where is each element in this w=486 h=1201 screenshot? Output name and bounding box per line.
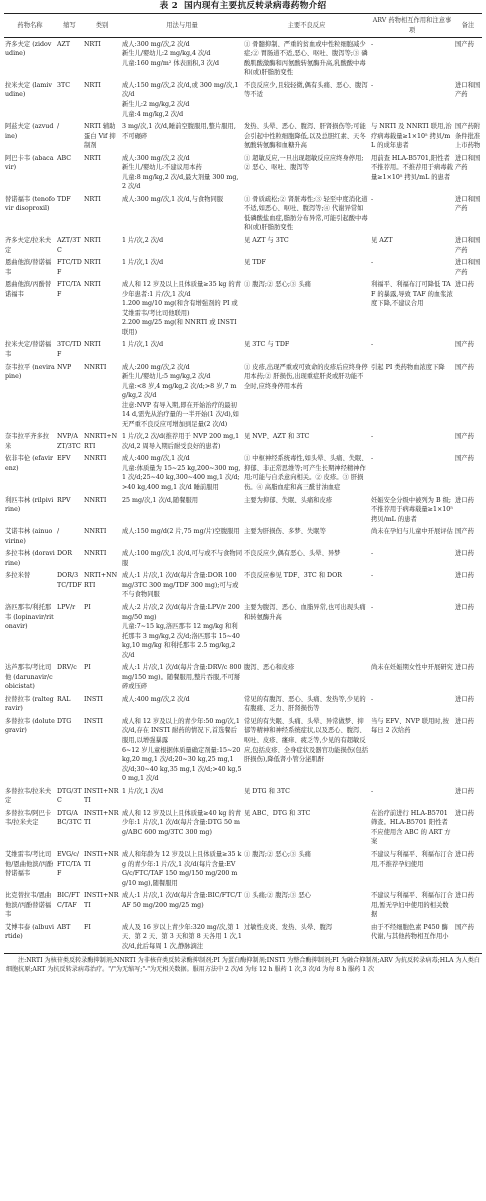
drug-name-cell: 齐多夫定 (zidovudine) xyxy=(4,38,56,80)
abbr-cell: DTG/ABC/3TC xyxy=(56,807,83,848)
table-page: 表 2国内现有主要抗反转录病毒药物介绍 药物名称 缩写 类别 用法与用量 主要不… xyxy=(0,0,486,975)
arv-interaction-cell: 利福平、利福布汀可降低 TAF 的暴露,导致 TAF 的血浆浓度下降,不建议合用 xyxy=(370,279,454,339)
abbr-cell: EVG/c/FTC/TAF xyxy=(56,848,83,889)
usage-line: 新生儿:2 mg/kg,2 次/d xyxy=(122,100,242,110)
drug-name-cell: 拉米夫定/替诺福韦 xyxy=(4,339,56,361)
note-cell: 国产药 xyxy=(454,361,482,431)
arv-interaction-cell: - xyxy=(370,193,454,234)
usage-line: 2.200 mg/25 mg(和 NNRTI 或 INSTI 联用) xyxy=(122,318,242,337)
usage-cell: 成人:2 片/次,2 次/d(每片含量:LPV/r 200 mg/50 mg)儿… xyxy=(121,601,243,661)
adverse-effects-cell: 常见的有腹泻、恶心、头痛、发热等,少见的有腹痛、乏力、肝肾损伤等 xyxy=(243,693,370,715)
arv-interaction-cell: 由于不经细胞色素 P450 酶代谢,与其他药物相互作用小 xyxy=(370,921,454,953)
table-row: 替诺福韦 (tenofovir disoproxil)TDFNRTI成人:300… xyxy=(4,193,482,234)
table-footnote: 注:NRTI 为核苷类反转录酶抑制剂;NNRTI 为非核苷类反转录酶抑制剂;PI… xyxy=(4,954,482,975)
adverse-effects-cell: 不良反应参见 TDF、3TC 和 DOR xyxy=(243,570,370,602)
drug-name-cell: 拉米夫定 (lamivudine) xyxy=(4,79,56,120)
usage-line: 儿童:<8 岁,4 mg/kg,2 次/d;>8 岁,7 mg/kg,2 次/d xyxy=(122,382,242,401)
abbr-cell: AZT/3TC xyxy=(56,234,83,256)
usage-line: 新生儿/婴幼儿:2 mg/kg,4 次/d xyxy=(122,49,242,59)
drug-name-cell: 依非韦伦 (efavirenz) xyxy=(4,453,56,494)
arv-interaction-cell: - xyxy=(370,453,454,494)
table-row: 恩曲他滨/丙酚替诺福韦FTC/TAFNRTI成人和 12 岁及以上且体质量≥35… xyxy=(4,279,482,339)
arv-interaction-cell: - xyxy=(370,431,454,453)
drug-name-cell: 洛匹那韦/利托那韦 (lopinavir/ritonavir) xyxy=(4,601,56,661)
usage-cell: 成人:1 片/次,1 次/d(每片含量:DRV/c 800 mg/150 mg)… xyxy=(121,662,243,694)
table-row: 多拉韦林 (doravirine)DORNNRTI成人:100 mg/次,1 次… xyxy=(4,548,482,570)
note-cell: 进口和国产药 xyxy=(454,79,482,120)
usage-line: 1.200 mg/10 mg(和含有增强剂的 PI 或艾维雷韦/考比司他联用) xyxy=(122,299,242,318)
usage-line: 新生儿/婴幼儿:5 mg/kg,2 次/d xyxy=(122,372,242,382)
arv-interaction-cell: 见 AZT xyxy=(370,234,454,256)
arv-interaction-cell: - xyxy=(370,339,454,361)
table-body: 齐多夫定 (zidovudine)AZTNRTI成人:300 mg/次,2 次/… xyxy=(4,38,482,954)
table-row: 多替拉韦/阿巴卡韦/拉米夫定DTG/ABC/3TCINSTI+NRTI成人和 1… xyxy=(4,807,482,848)
usage-cell: 成人和 12 岁及以上且体质量≥40 kg 的青少年:1 片/次,1 次/d(每… xyxy=(121,807,243,848)
note-cell: 进口药 xyxy=(454,848,482,889)
usage-line: 成人:300 mg/次,2 次/d xyxy=(122,154,242,164)
note-cell: 进口和国产药 xyxy=(454,234,482,256)
table-row: 奈韦拉平 (nevirapine)NVPNNRTI成人:200 mg/次,2 次… xyxy=(4,361,482,431)
adverse-effects-cell: 不良反应少,且较轻微,偶有头痛、恶心、腹泻等不适 xyxy=(243,79,370,120)
class-cell: NRTI xyxy=(83,193,121,234)
adverse-effects-cell: ① 腹泻;② 恶心;③ 头痛 xyxy=(243,279,370,339)
adverse-effects-cell: 腹泻、恶心和皮疹 xyxy=(243,662,370,694)
arv-interaction-cell: 不建议与利福平、利福布汀合用,不推荐孕妇使用 xyxy=(370,848,454,889)
table-row: 阿巴卡韦 (abacavir)ABCNRTI成人:300 mg/次,2 次/d新… xyxy=(4,152,482,193)
class-cell: INSTI+NRTI xyxy=(83,807,121,848)
arv-interaction-cell: 妊娠安全分级中被列为 B 级;不推荐用于病毒载量≥1×10⁵ 拷贝/mL 的患者 xyxy=(370,494,454,526)
col-header-name: 药物名称 xyxy=(4,14,56,38)
usage-line: 成人:300 mg/次,2 次/d xyxy=(122,40,242,50)
usage-cell: 成人和年龄为 12 岁及以上且体质量≥35 kg 的青少年:1 片/次,1 次/… xyxy=(121,848,243,889)
note-cell: 国产药 xyxy=(454,339,482,361)
usage-line: 成人和年龄为 12 岁及以上且体质量≥35 kg 的青少年:1 片/次,1 次/… xyxy=(122,850,242,888)
arv-interaction-cell: 尚未在妊娠期女性中开展研究 xyxy=(370,662,454,694)
usage-line: 1 片/次,1 次/d xyxy=(122,258,242,268)
class-cell: NRTI xyxy=(83,279,121,339)
abbr-cell: / xyxy=(56,120,83,152)
class-cell: NNRTI xyxy=(83,526,121,548)
adverse-effects-cell: 发热、头晕、恶心、腹泻、肝肾损伤等;可能会引起中性粒细胞降低,以及总胆红素、天冬… xyxy=(243,120,370,152)
adverse-effects-cell: ① 中枢神经系统毒性,如头晕、头痛、失眠、抑郁、非正常思维等;可产生长期神经精神… xyxy=(243,453,370,494)
adverse-effects-cell: 见 TDF xyxy=(243,256,370,278)
drug-name-cell: 拉替拉韦 (raltegravir) xyxy=(4,693,56,715)
drug-name-cell: 替诺福韦 (tenofovir disoproxil) xyxy=(4,193,56,234)
note-cell: 国产药 xyxy=(454,526,482,548)
usage-line: 1 片/次,1 次/d xyxy=(122,340,242,350)
usage-line: 儿童:体质量为 15~25 kg,200~300 mg,1 次/d;25~40 … xyxy=(122,464,242,493)
usage-cell: 成人:1 片/次,1 次/d(每片含量:BIC/FTC/TAF 50 mg/20… xyxy=(121,890,243,922)
note-cell: 国产药附条件批准上市药物 xyxy=(454,120,482,152)
table-row: 比克替拉韦/恩曲他滨/丙酚替诺福韦BIC/FTC/TAFINSTI+NRTI成人… xyxy=(4,890,482,922)
arv-interaction-cell: - xyxy=(370,785,454,807)
note-cell: 进口和国产药 xyxy=(454,193,482,234)
adverse-effects-cell: 见 3TC 与 TDF xyxy=(243,339,370,361)
arv-interaction-cell: - xyxy=(370,570,454,602)
usage-cell: 成人:400 mg/次,2 次/d xyxy=(121,693,243,715)
usage-line: 25 mg/次,1 次/d,随餐服用 xyxy=(122,496,242,506)
abbr-cell: RPV xyxy=(56,494,83,526)
abbr-cell: DOR xyxy=(56,548,83,570)
note-cell: 进口药 xyxy=(454,279,482,339)
abbr-cell: 3TC xyxy=(56,79,83,120)
usage-cell: 成人:400 mg/次,1 次/d儿童:体质量为 15~25 kg,200~30… xyxy=(121,453,243,494)
class-cell: NRTI xyxy=(83,38,121,80)
usage-line: 儿童:7~15 kg,洛匹那韦 12 mg/kg 和利托那韦 3 mg/kg,2… xyxy=(122,622,242,660)
drug-name-cell: 多替拉韦/阿巴卡韦/拉米夫定 xyxy=(4,807,56,848)
drug-name-cell: 多替拉韦/拉米夫定 xyxy=(4,785,56,807)
drug-name-cell: 艾诺韦林 (ainuovirine) xyxy=(4,526,56,548)
usage-cell: 成人:200 mg/次,2 次/d新生儿/婴幼儿:5 mg/kg,2 次/d儿童… xyxy=(121,361,243,431)
class-cell: NRTI xyxy=(83,234,121,256)
col-header-abbr: 缩写 xyxy=(56,14,83,38)
adverse-effects-cell: ① 头痛;② 腹泻;③ 恶心 xyxy=(243,890,370,922)
adverse-effects-cell: 常见的有失眠、头痛、头晕、异常做梦、抑郁等精神和神经系统症状,以及恶心、腹泻、呕… xyxy=(243,715,370,785)
abbr-cell: / xyxy=(56,526,83,548)
class-cell: INSTI+NRTI xyxy=(83,848,121,889)
adverse-effects-cell: 主要为腹泻、恶心、血脂异常,也可出现头痛和转氨酶升高 xyxy=(243,601,370,661)
arv-interaction-cell: - xyxy=(370,256,454,278)
arv-interaction-cell: - xyxy=(370,601,454,661)
usage-cell: 成人:150 mg/d(2 片,75 mg/片)空腹服用 xyxy=(121,526,243,548)
table-header-row: 药物名称 缩写 类别 用法与用量 主要不良反应 ARV 药物相互作用和注意事项 … xyxy=(4,14,482,38)
col-header-adverse: 主要不良反应 xyxy=(243,14,370,38)
class-cell: NRTI xyxy=(83,79,121,120)
class-cell: NNRTI xyxy=(83,453,121,494)
usage-line: 成人及 16 岁以上青少年:320 mg/次,第 1 天、第 2 天、第 3 天… xyxy=(122,923,242,952)
arv-interaction-cell: - xyxy=(370,548,454,570)
usage-line: 成人和 12 岁及以上且体质量≥40 kg 的青少年:1 片/次,1 次/d(每… xyxy=(122,809,242,838)
adverse-effects-cell: 主要为抑郁、失眠、头痛和皮疹 xyxy=(243,494,370,526)
drug-name-cell: 齐多夫定/拉米夫定 xyxy=(4,234,56,256)
usage-line: 成人:100 mg/次,1 次/d,可与或不与食物同服 xyxy=(122,549,242,568)
table-row: 艾博韦泰 (albuvirtide)ABTFI成人及 16 岁以上青少年:320… xyxy=(4,921,482,953)
adverse-effects-cell: ① 骨质疏松;② 肾脏毒性;③ 轻至中度消化道不适,如恶心、呕吐、腹泻等;④ 代… xyxy=(243,193,370,234)
arv-interaction-cell: 引起 PI 类药物血浓度下降 xyxy=(370,361,454,431)
drug-table: 药物名称 缩写 类别 用法与用量 主要不良反应 ARV 药物相互作用和注意事项 … xyxy=(4,13,482,954)
drug-name-cell: 艾维雷韦/考比司他/恩曲他滨/丙酚替诺福韦 xyxy=(4,848,56,889)
drug-name-cell: 多拉米替 xyxy=(4,570,56,602)
table-row: 艾维雷韦/考比司他/恩曲他滨/丙酚替诺福韦EVG/c/FTC/TAFINSTI+… xyxy=(4,848,482,889)
usage-line: 成人:200 mg/次,2 次/d xyxy=(122,363,242,373)
usage-line: 成人:150 mg/次,2 次/d,或 300 mg/次,1 次/d xyxy=(122,81,242,100)
usage-line: 儿童:8 mg/kg,2 次/d,最大剂量 300 mg,2 次/d xyxy=(122,173,242,192)
adverse-effects-cell: 不良反应少,偶有恶心、头晕、异梦 xyxy=(243,548,370,570)
table-row: 拉替拉韦 (raltegravir)RALINSTI成人:400 mg/次,2 … xyxy=(4,693,482,715)
abbr-cell: AZT xyxy=(56,38,83,80)
drug-name-cell: 达芦那韦/考比司他 (darunavir/cobicistat) xyxy=(4,662,56,694)
adverse-effects-cell: 见 ABC、DTG 和 3TC xyxy=(243,807,370,848)
class-cell: INSTI xyxy=(83,693,121,715)
arv-interaction-cell: - xyxy=(370,693,454,715)
usage-cell: 1 片/次,1 次/d xyxy=(121,256,243,278)
usage-line: 注意:NVP 有导入期,即在开始治疗的最初 14 d,需先从治疗量的一半开始(1… xyxy=(122,401,242,430)
table-row: 多拉米替DOR/3TC/TDFNRTI+NNRTI成人:1 片/次,1 次/d(… xyxy=(4,570,482,602)
usage-line: 1 片/次,2 次/d(推荐用于 NVP 200 mg,1 次/d,2 周导入期… xyxy=(122,432,242,451)
arv-interaction-cell: 不建议与利福平、利福布汀合用,暂无孕妇中使用的相关数据 xyxy=(370,890,454,922)
note-cell: 进口药 xyxy=(454,890,482,922)
usage-line: 成人:300 mg/次,1 次/d,与食物同服 xyxy=(122,195,242,205)
class-cell: INSTI+NRTI xyxy=(83,890,121,922)
drug-name-cell: 利匹韦林 (rilpivirine) xyxy=(4,494,56,526)
drug-name-cell: 比克替拉韦/恩曲他滨/丙酚替诺福韦 xyxy=(4,890,56,922)
table-row: 艾诺韦林 (ainuovirine)/NNRTI成人:150 mg/d(2 片,… xyxy=(4,526,482,548)
abbr-cell: DTG/3TC xyxy=(56,785,83,807)
table-row: 拉米夫定/替诺福韦3TC/TDFNRTI1 片/次,1 次/d见 3TC 与 T… xyxy=(4,339,482,361)
usage-cell: 成人:300 mg/次,2 次/d新生儿/婴幼儿:2 mg/kg,4 次/d儿童… xyxy=(121,38,243,80)
class-cell: NRTI xyxy=(83,152,121,193)
usage-line: 新生儿/婴幼儿:不建议用本药 xyxy=(122,163,242,173)
adverse-effects-cell: 见 NVP、AZT 和 3TC xyxy=(243,431,370,453)
table-caption: 表 2国内现有主要抗反转录病毒药物介绍 xyxy=(4,0,482,13)
usage-line: 1 片/次,1 次/d xyxy=(122,787,242,797)
usage-line: 成人:1 片/次,1 次/d(每片含量:DRV/c 800 mg/150 mg)… xyxy=(122,663,242,692)
usage-cell: 1 片/次,1 次/d xyxy=(121,785,243,807)
abbr-cell: LPV/r xyxy=(56,601,83,661)
table-number: 表 2 xyxy=(160,1,178,11)
adverse-effects-cell: 见 DTG 和 3TC xyxy=(243,785,370,807)
abbr-cell: NVP/AZT/3TC xyxy=(56,431,83,453)
drug-name-cell: 阿兹夫定 (azvudine) xyxy=(4,120,56,152)
usage-line: 成人:150 mg/d(2 片,75 mg/片)空腹服用 xyxy=(122,527,242,537)
adverse-effects-cell: ① 骨髓抑制、严重的贫血或中性粒细胞减少症;② 胃肠道不适,恶心、呕吐、腹泻等;… xyxy=(243,38,370,80)
usage-cell: 1 片/次,1 次/d xyxy=(121,339,243,361)
arv-interaction-cell: 用前查 HLA-B5701,阳性者不推荐用。不推荐用于病毒载量≥1×10⁵ 拷贝… xyxy=(370,152,454,193)
col-header-arv: ARV 药物相互作用和注意事项 xyxy=(370,14,454,38)
drug-name-cell: 奈韦拉平 (nevirapine) xyxy=(4,361,56,431)
usage-line: 6~12 岁儿童根据体质量确定剂量:15~20 kg,20 mg,1 次/d;2… xyxy=(122,746,242,784)
table-row: 奈韦拉平齐多拉米NVP/AZT/3TCNNRTI+NRTI1 片/次,2 次/d… xyxy=(4,431,482,453)
drug-name-cell: 恩曲他滨/丙酚替诺福韦 xyxy=(4,279,56,339)
col-header-note: 备注 xyxy=(454,14,482,38)
usage-line: 成人:400 mg/次,1 次/d xyxy=(122,454,242,464)
table-title: 国内现有主要抗反转录病毒药物介绍 xyxy=(184,1,326,11)
class-cell: NRTI+NNRTI xyxy=(83,570,121,602)
note-cell: 进口药 xyxy=(454,570,482,602)
usage-line: 3 mg/次,1 次/d,睡前空腹服用,整片服用,不可碾碎 xyxy=(122,122,242,141)
arv-interaction-cell: - xyxy=(370,79,454,120)
abbr-cell: ABC xyxy=(56,152,83,193)
note-cell: 进口和国产药 xyxy=(454,256,482,278)
class-cell: NNRTI xyxy=(83,548,121,570)
arv-interaction-cell: 与 NRTI 及 NNRTI 联用,治疗病毒载量≥1×10⁵ 拷贝/mL 的成年… xyxy=(370,120,454,152)
abbr-cell: DTG xyxy=(56,715,83,785)
drug-name-cell: 艾博韦泰 (albuvirtide) xyxy=(4,921,56,953)
adverse-effects-cell: ① 超敏反应,一旦出现超敏反应应终身停用;② 恶心、呕吐、腹泻等 xyxy=(243,152,370,193)
class-cell: NRTI xyxy=(83,339,121,361)
usage-line: 儿童:160 mg/m² 体表面积,3 次/d xyxy=(122,59,242,69)
class-cell: NRTI xyxy=(83,256,121,278)
table-row: 齐多夫定 (zidovudine)AZTNRTI成人:300 mg/次,2 次/… xyxy=(4,38,482,80)
note-cell: 进口药 xyxy=(454,693,482,715)
note-cell: 国产药 xyxy=(454,431,482,453)
note-cell: 进口药 xyxy=(454,601,482,661)
drug-name-cell: 多拉韦林 (doravirine) xyxy=(4,548,56,570)
usage-line: 成人:1 片/次,1 次/d(每片含量:DOR 100 mg/3TC 300 m… xyxy=(122,571,242,600)
note-cell: 进口药 xyxy=(454,807,482,848)
class-cell: INSTI xyxy=(83,715,121,785)
arv-interaction-cell: 当与 EFV、NVP 联用时,按每日 2 次给药 xyxy=(370,715,454,785)
class-cell: FI xyxy=(83,921,121,953)
note-cell: 进口和国产药 xyxy=(454,152,482,193)
class-cell: NRTI 辅助蛋白 Vif 抑制剂 xyxy=(83,120,121,152)
abbr-cell: EFV xyxy=(56,453,83,494)
adverse-effects-cell: ① 皮疹,出现严重或可致命的皮疹后应终身停用本药;② 肝损伤,出现重症肝炎或肝功… xyxy=(243,361,370,431)
drug-name-cell: 多替拉韦 (dolutegravir) xyxy=(4,715,56,785)
arv-interaction-cell: 尚未在孕妇与儿童中开展评估 xyxy=(370,526,454,548)
arv-interaction-cell: - xyxy=(370,38,454,80)
abbr-cell: FTC/TAF xyxy=(56,279,83,339)
note-cell: 国产药 xyxy=(454,38,482,80)
table-row: 达芦那韦/考比司他 (darunavir/cobicistat)DRV/cPI成… xyxy=(4,662,482,694)
note-cell: 国产药 xyxy=(454,453,482,494)
usage-cell: 成人:100 mg/次,1 次/d,可与或不与食物同服 xyxy=(121,548,243,570)
class-cell: NNRTI xyxy=(83,494,121,526)
usage-line: 成人:400 mg/次,2 次/d xyxy=(122,695,242,705)
class-cell: PI xyxy=(83,662,121,694)
usage-line: 成人和 12 岁及以上的青少年:50 mg/次,1 次/d,存在 INSTI 耐… xyxy=(122,717,242,746)
usage-cell: 1 片/次,2 次/d(推荐用于 NVP 200 mg,1 次/d,2 周导入期… xyxy=(121,431,243,453)
usage-cell: 成人:300 mg/次,1 次/d,与食物同服 xyxy=(121,193,243,234)
note-cell: 进口药 xyxy=(454,494,482,526)
usage-line: 儿童:4 mg/kg,2 次/d xyxy=(122,110,242,120)
abbr-cell: TDF xyxy=(56,193,83,234)
usage-line: 成人:1 片/次,1 次/d(每片含量:BIC/FTC/TAF 50 mg/20… xyxy=(122,891,242,910)
note-cell: 国产药 xyxy=(454,921,482,953)
col-header-usage: 用法与用量 xyxy=(121,14,243,38)
usage-cell: 1 片/次,2 次/d xyxy=(121,234,243,256)
class-cell: NNRTI+NRTI xyxy=(83,431,121,453)
usage-cell: 3 mg/次,1 次/d,睡前空腹服用,整片服用,不可碾碎 xyxy=(121,120,243,152)
abbr-cell: BIC/FTC/TAF xyxy=(56,890,83,922)
abbr-cell: ABT xyxy=(56,921,83,953)
adverse-effects-cell: 主要为肝损伤、多梦、失眠等 xyxy=(243,526,370,548)
col-header-class: 类别 xyxy=(83,14,121,38)
table-row: 齐多夫定/拉米夫定AZT/3TCNRTI1 片/次,2 次/d见 AZT 与 3… xyxy=(4,234,482,256)
note-cell: 进口药 xyxy=(454,548,482,570)
table-row: 多替拉韦 (dolutegravir)DTGINSTI成人和 12 岁及以上的青… xyxy=(4,715,482,785)
note-cell: 进口药 xyxy=(454,662,482,694)
adverse-effects-cell: 见 AZT 与 3TC xyxy=(243,234,370,256)
abbr-cell: NVP xyxy=(56,361,83,431)
table-row: 拉米夫定 (lamivudine)3TCNRTI成人:150 mg/次,2 次/… xyxy=(4,79,482,120)
drug-name-cell: 奈韦拉平齐多拉米 xyxy=(4,431,56,453)
table-row: 利匹韦林 (rilpivirine)RPVNNRTI25 mg/次,1 次/d,… xyxy=(4,494,482,526)
usage-cell: 成人和 12 岁及以上且体质量≥35 kg 的青少年患者:1 片/次,1 次/d… xyxy=(121,279,243,339)
abbr-cell: 3TC/TDF xyxy=(56,339,83,361)
abbr-cell: FTC/TDF xyxy=(56,256,83,278)
class-cell: INSTI+NRTI xyxy=(83,785,121,807)
abbr-cell: DRV/c xyxy=(56,662,83,694)
usage-line: 1 片/次,2 次/d xyxy=(122,236,242,246)
abbr-cell: DOR/3TC/TDF xyxy=(56,570,83,602)
table-row: 依非韦伦 (efavirenz)EFVNNRTI成人:400 mg/次,1 次/… xyxy=(4,453,482,494)
note-cell: 进口药 xyxy=(454,785,482,807)
usage-cell: 成人和 12 岁及以上的青少年:50 mg/次,1 次/d,存在 INSTI 耐… xyxy=(121,715,243,785)
table-row: 洛匹那韦/利托那韦 (lopinavir/ritonavir)LPV/rPI成人… xyxy=(4,601,482,661)
table-row: 阿兹夫定 (azvudine)/NRTI 辅助蛋白 Vif 抑制剂3 mg/次,… xyxy=(4,120,482,152)
adverse-effects-cell: ① 腹泻;② 恶心;③ 头痛 xyxy=(243,848,370,889)
usage-cell: 成人:150 mg/次,2 次/d,或 300 mg/次,1 次/d新生儿:2 … xyxy=(121,79,243,120)
abbr-cell: RAL xyxy=(56,693,83,715)
arv-interaction-cell: 在治疗前进行 HLA-B5701 筛查。HLA-B5701 阳性者不应使用含 A… xyxy=(370,807,454,848)
table-row: 多替拉韦/拉米夫定DTG/3TCINSTI+NRTI1 片/次,1 次/d见 D… xyxy=(4,785,482,807)
note-cell: 进口药 xyxy=(454,715,482,785)
usage-cell: 成人及 16 岁以上青少年:320 mg/次,第 1 天、第 2 天、第 3 天… xyxy=(121,921,243,953)
usage-line: 成人和 12 岁及以上且体质量≥35 kg 的青少年患者:1 片/次,1 次/d xyxy=(122,280,242,299)
adverse-effects-cell: 过敏性皮炎、发热、头晕、腹泻 xyxy=(243,921,370,953)
drug-name-cell: 阿巴卡韦 (abacavir) xyxy=(4,152,56,193)
drug-name-cell: 恩曲他滨/替诺福韦 xyxy=(4,256,56,278)
usage-line: 成人:2 片/次,2 次/d(每片含量:LPV/r 200 mg/50 mg) xyxy=(122,603,242,622)
class-cell: NNRTI xyxy=(83,361,121,431)
class-cell: PI xyxy=(83,601,121,661)
usage-cell: 25 mg/次,1 次/d,随餐服用 xyxy=(121,494,243,526)
table-row: 恩曲他滨/替诺福韦FTC/TDFNRTI1 片/次,1 次/d见 TDF-进口和… xyxy=(4,256,482,278)
usage-cell: 成人:300 mg/次,2 次/d新生儿/婴幼儿:不建议用本药儿童:8 mg/k… xyxy=(121,152,243,193)
usage-cell: 成人:1 片/次,1 次/d(每片含量:DOR 100 mg/3TC 300 m… xyxy=(121,570,243,602)
